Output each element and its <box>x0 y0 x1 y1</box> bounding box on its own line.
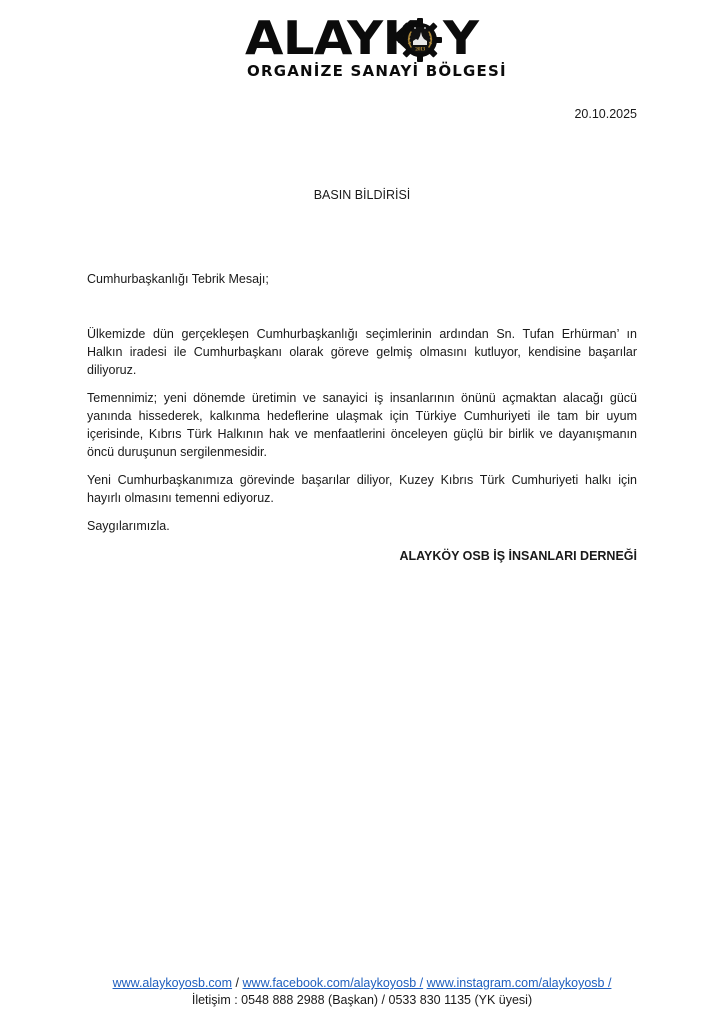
gear-emblem-icon: 2013 <box>398 18 442 62</box>
document-body: Ülkemizde dün gerçekleşen Cumhurbaşkanlı… <box>87 325 637 545</box>
paragraph: Yeni Cumhurbaşkanımıza görevinde başarıl… <box>87 471 637 507</box>
facebook-link[interactable]: www.facebook.com/alaykoyosb / <box>243 976 424 990</box>
paragraph: Ülkemizde dün gerçekleşen Cumhurbaşkanlı… <box>87 325 637 379</box>
instagram-link[interactable]: www.instagram.com/alaykoyosb / <box>427 976 612 990</box>
logo-wordmark: ALAYK <box>245 16 479 60</box>
document-heading: BASIN BİLDİRİSİ <box>0 187 724 203</box>
salutation: Cumhurbaşkanlığı Tebrik Mesajı; <box>87 271 269 287</box>
document-date: 20.10.2025 <box>574 106 637 122</box>
paragraph: Temennimiz; yeni dönemde üretimin ve san… <box>87 389 637 461</box>
logo-word-right: Y <box>443 16 482 60</box>
footer-links: www.alaykoyosb.com / www.facebook.com/al… <box>0 975 724 992</box>
footer: www.alaykoyosb.com / www.facebook.com/al… <box>0 975 724 1009</box>
footer-separator: / <box>236 976 239 990</box>
logo-year: 2013 <box>415 47 425 52</box>
alaykoy-osb-logo: ALAYK <box>245 16 481 82</box>
footer-contact: İletişim : 0548 888 2988 (Başkan) / 0533… <box>0 992 724 1009</box>
press-release-page: ALAYK <box>0 0 724 1024</box>
closing-line: Saygılarımızla. <box>87 517 637 535</box>
signature: ALAYKÖY OSB İŞ İNSANLARI DERNEĞİ <box>399 548 637 564</box>
website-link[interactable]: www.alaykoyosb.com <box>113 976 233 990</box>
logo-subtitle: ORGANİZE SANAYİ BÖLGESİ <box>247 62 481 80</box>
logo-word-left: ALAYK <box>245 16 409 60</box>
